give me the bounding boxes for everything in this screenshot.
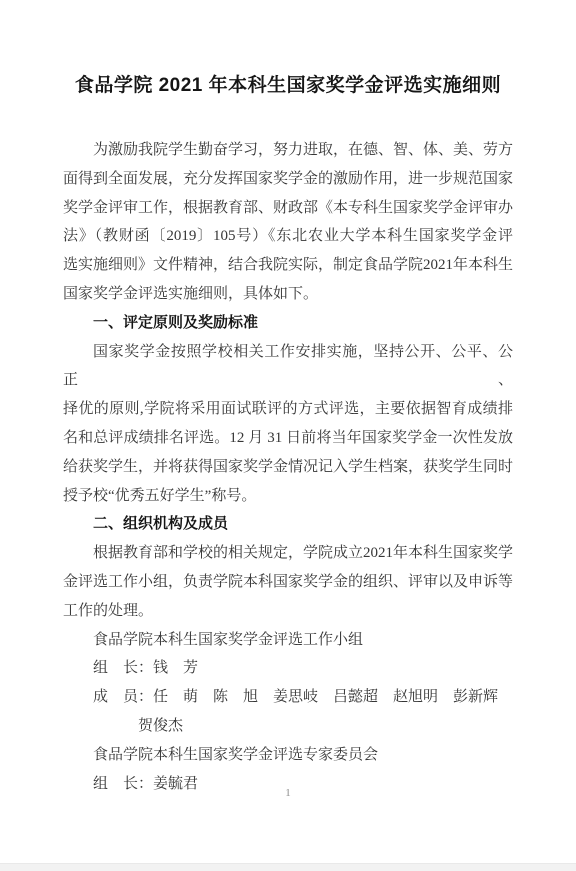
document-line: 授予校“优秀五好学生”称号。 bbox=[63, 482, 513, 511]
document-line: 面得到全面发展，充分发挥国家奖学金的激励作用，进一步规范国家 bbox=[63, 165, 513, 194]
document-line: 选实施细则》文件精神，结合我院实际，制定食品学院2021年本科生 bbox=[63, 251, 513, 280]
document-line: 工作的处理。 bbox=[63, 597, 513, 626]
document-line: 为激励我院学生勤奋学习，努力进取，在德、智、体、美、劳方 bbox=[63, 136, 513, 165]
document-page: 食品学院 2021 年本科生国家奖学金评选实施细则 为激励我院学生勤奋学习，努力… bbox=[0, 0, 576, 871]
document-line: 食品学院本科生国家奖学金评选专家委员会 bbox=[63, 741, 513, 770]
document-line: 国家奖学金评选实施细则，具体如下。 bbox=[63, 280, 513, 309]
document-line: 给获奖学生，并将获得国家奖学金情况记入学生档案，获奖学生同时 bbox=[63, 453, 513, 482]
document-line: 国家奖学金按照学校相关工作安排实施，坚持公开、公平、公正、 bbox=[63, 338, 513, 396]
document-line: 成 员：任 萌 陈 旭 姜思岐 吕懿超 赵旭明 彭新辉 bbox=[63, 683, 513, 712]
document-line: 贺俊杰 bbox=[63, 712, 513, 741]
document-line: 择优的原则,学院将采用面试联评的方式评选，主要依据智育成绩排 bbox=[63, 395, 513, 424]
section-heading: 二、组织机构及成员 bbox=[63, 510, 513, 539]
page-edge-strip bbox=[0, 863, 576, 871]
section-heading: 一、评定原则及奖励标准 bbox=[63, 309, 513, 338]
document-body: 为激励我院学生勤奋学习，努力进取，在德、智、体、美、劳方面得到全面发展，充分发挥… bbox=[63, 136, 513, 798]
page-number: 1 bbox=[63, 787, 513, 799]
document-title: 食品学院 2021 年本科生国家奖学金评选实施细则 bbox=[43, 72, 533, 100]
document-line: 金评选工作小组，负责学院本科国家奖学金的组织、评审以及申诉等 bbox=[63, 568, 513, 597]
document-line: 名和总评成绩排名评选。12 月 31 日前将当年国家奖学金一次性发放 bbox=[63, 424, 513, 453]
document-line: 法》（教财函〔2019〕105号）《东北农业大学本科生国家奖学金评 bbox=[63, 222, 513, 251]
document-line: 食品学院本科生国家奖学金评选工作小组 bbox=[63, 626, 513, 655]
document-line: 组 长：钱 芳 bbox=[63, 654, 513, 683]
document-line: 奖学金评审工作，根据教育部、财政部《本专科生国家奖学金评审办 bbox=[63, 194, 513, 223]
document-line: 根据教育部和学校的相关规定，学院成立2021年本科生国家奖学 bbox=[63, 539, 513, 568]
